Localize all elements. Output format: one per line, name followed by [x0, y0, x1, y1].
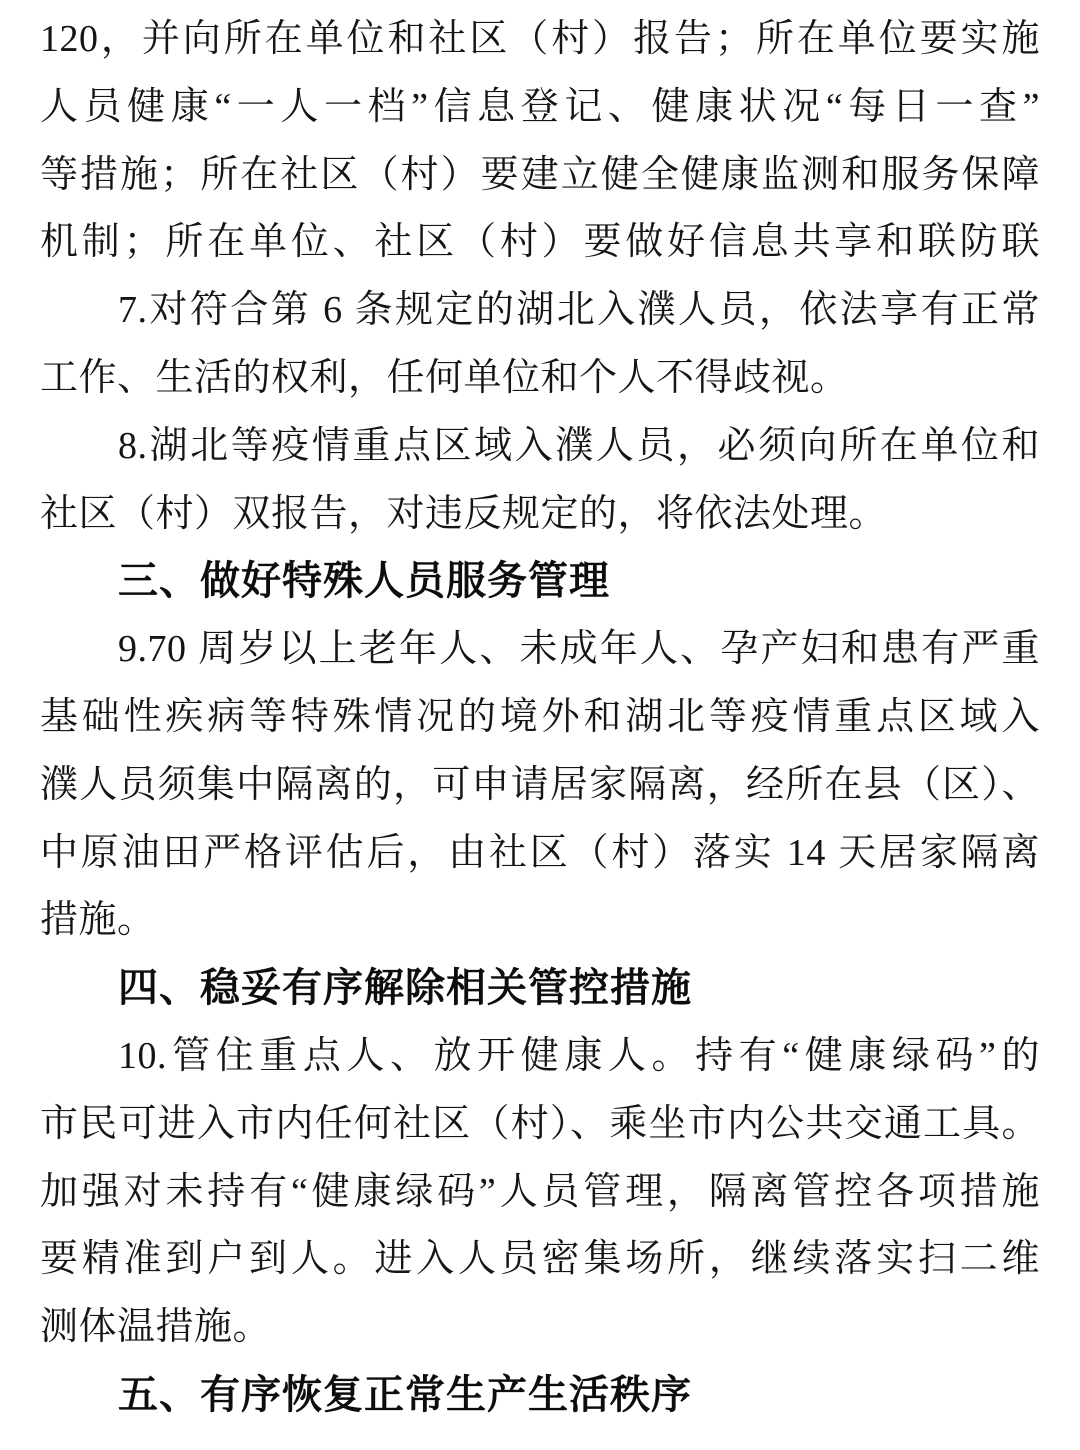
document-page: 120，并向所在单位和社区（村）报告；所在单位要实施 人员健康“一人一档”信息登… — [0, 0, 1080, 1450]
text-line: 等措施；所在社区（村）要建立健全健康监测和服务保障 — [40, 142, 1040, 210]
text-line: 9.70 周岁以上老年人、未成年人、孕产妇和患有严重 — [40, 616, 1040, 684]
text-line: 濮人员须集中隔离的，可申请居家隔离，经所在县（区）、 — [40, 752, 1040, 820]
text-line: 8.湖北等疫情重点区域入濮人员，必须向所在单位和 — [40, 413, 1040, 481]
text-line: 120，并向所在单位和社区（村）报告；所在单位要实施 — [40, 6, 1040, 74]
text-line: 7.对符合第 6 条规定的湖北入濮人员，依法享有正常 — [40, 277, 1040, 345]
text-line: 10.管住重点人、放开健康人。持有“健康绿码”的 — [40, 1023, 1040, 1091]
section-heading: 五、有序恢复正常生产生活秩序 — [40, 1362, 1040, 1430]
text-line: 中原油田严格评估后，由社区（村）落实 14 天居家隔离 — [40, 820, 1040, 888]
text-line: 措施。 — [40, 887, 1040, 955]
text-line: 人员健康“一人一档”信息登记、健康状况“每日一查” — [40, 74, 1040, 142]
text-line: 要精准到户到人。进入人员密集场所，继续落实扫二维码、 — [40, 1226, 1040, 1294]
text-line: 市民可进入市内任何社区（村）、乘坐市内公共交通工具。 — [40, 1091, 1040, 1159]
section-heading: 四、稳妥有序解除相关管控措施 — [40, 955, 1040, 1023]
text-line: 测体温措施。 — [40, 1294, 1040, 1362]
text-line: 机制；所在单位、社区（村）要做好信息共享和联防联控。 — [40, 209, 1040, 277]
text-line: 基础性疾病等特殊情况的境外和湖北等疫情重点区域入 — [40, 684, 1040, 752]
section-heading: 三、做好特殊人员服务管理 — [40, 548, 1040, 616]
text-line: 加强对未持有“健康绿码”人员管理，隔离管控各项措施 — [40, 1159, 1040, 1227]
text-line: 社区（村）双报告，对违反规定的，将依法处理。 — [40, 481, 1040, 549]
text-line: 工作、生活的权利，任何单位和个人不得歧视。 — [40, 345, 1040, 413]
